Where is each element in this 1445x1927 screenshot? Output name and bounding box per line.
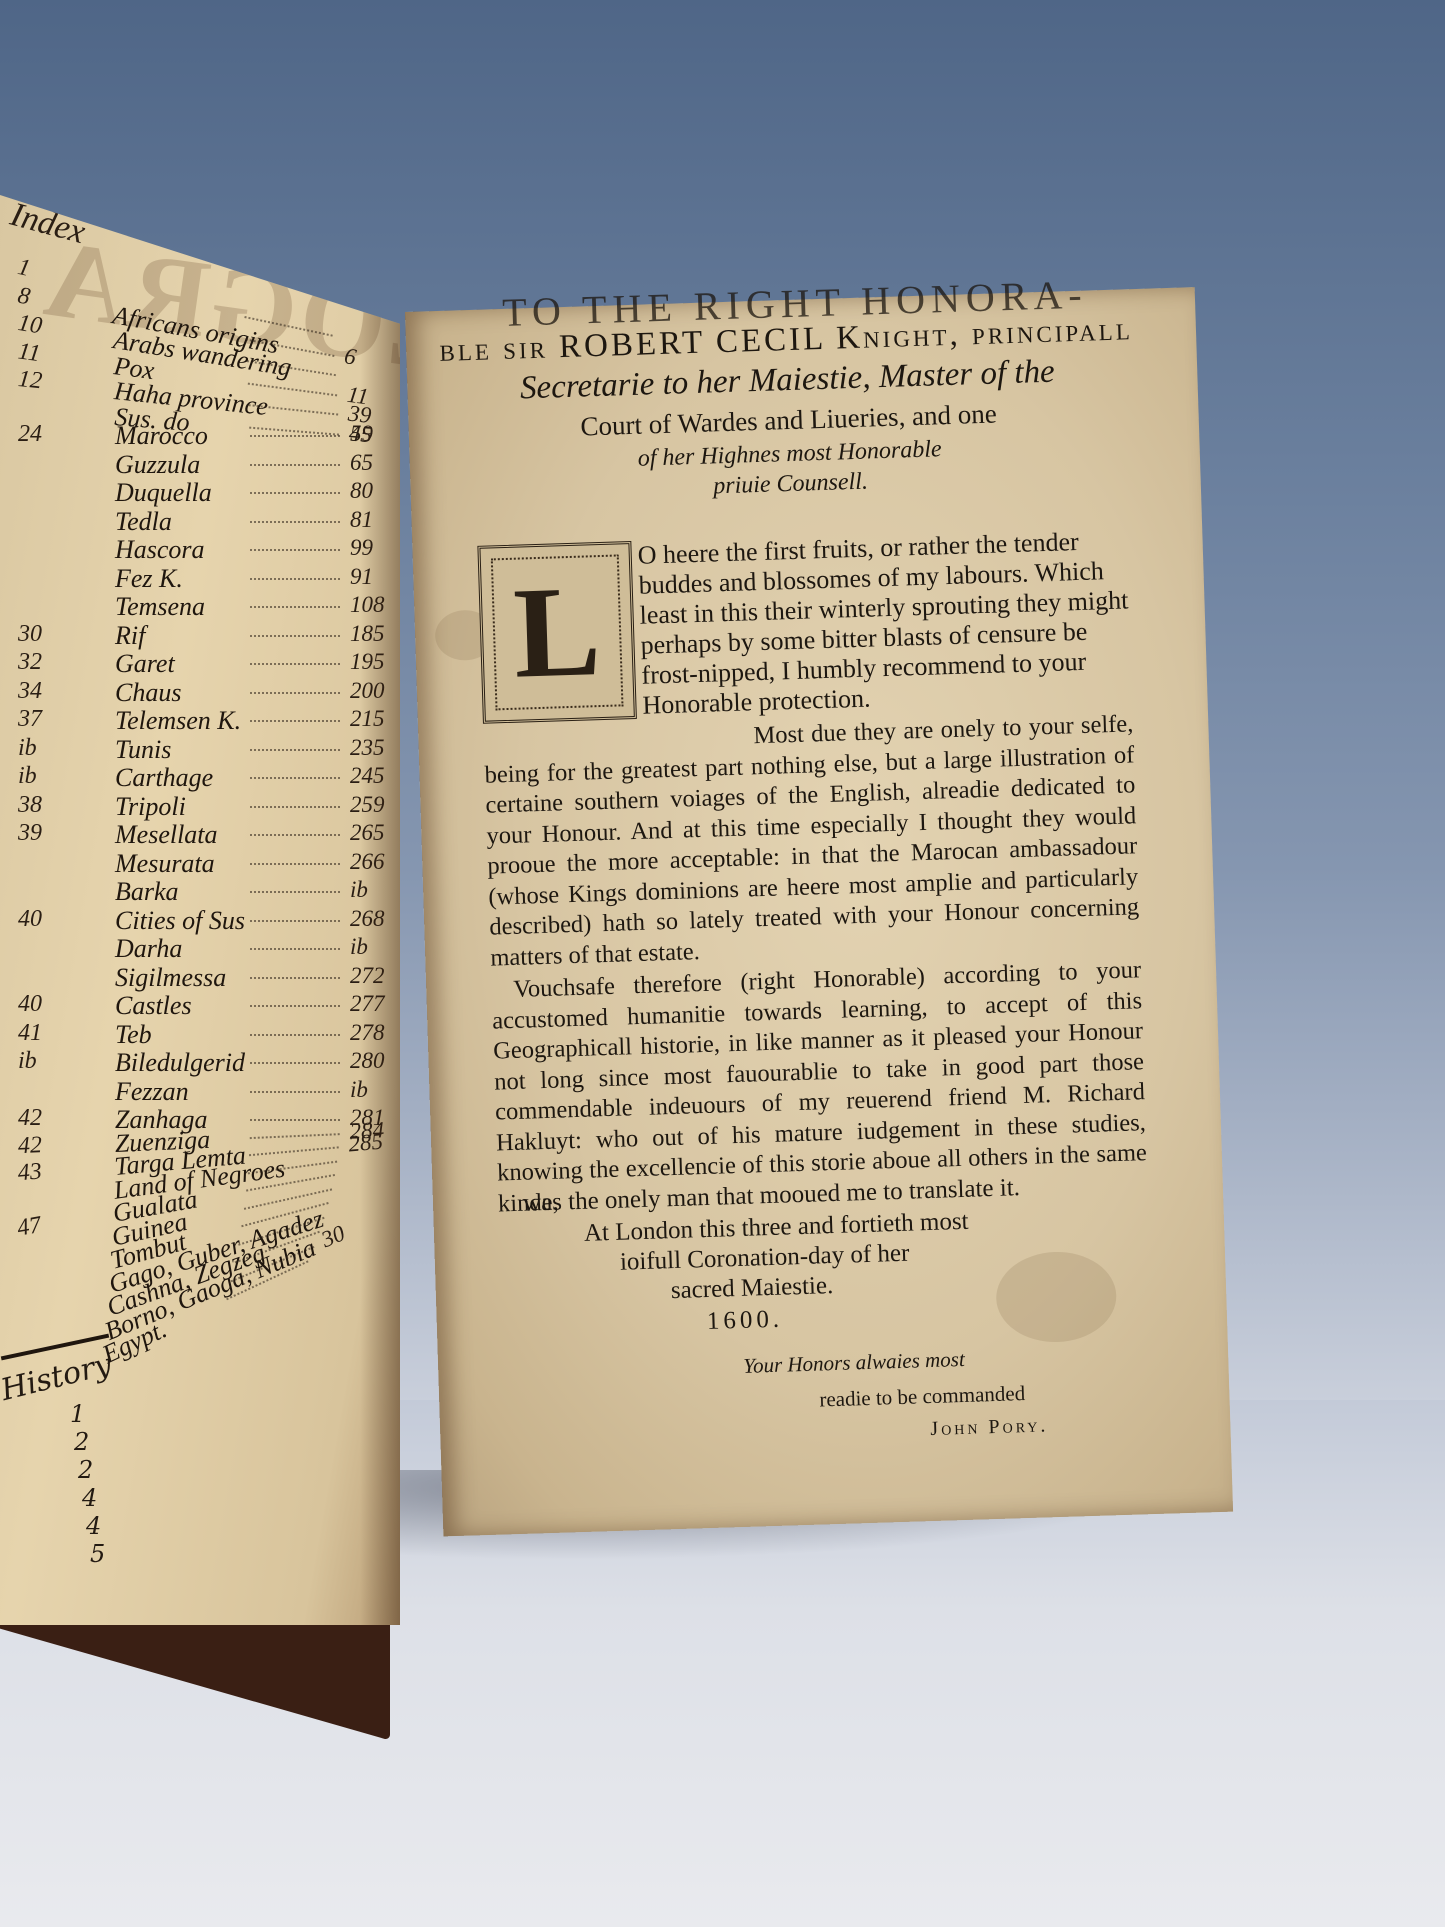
- index-place-name: Duquella: [115, 478, 212, 508]
- leader-dots: [250, 720, 340, 722]
- index-place-name: Tunis: [115, 735, 171, 765]
- index-place-name: Darha: [115, 934, 182, 964]
- index-entry: Tedla81: [0, 507, 400, 537]
- index-ref-number: 40: [18, 991, 42, 1018]
- index-place-name: Barka: [115, 877, 179, 907]
- leader-dots: [250, 578, 340, 580]
- index-entry: ibBiledulgerid280: [0, 1048, 400, 1078]
- leader-dots: [250, 749, 340, 751]
- index-ref-number: 12: [17, 366, 44, 395]
- decorated-initial-letter: L: [477, 541, 637, 724]
- leader-dots: [250, 834, 340, 836]
- leader-dots: [250, 1062, 340, 1064]
- index-entry: Mesurata266: [0, 849, 400, 879]
- index-entry: 30Rif185: [0, 621, 400, 651]
- index-ref-number: 10: [16, 310, 44, 340]
- index-ref-number: 32: [18, 649, 42, 676]
- right-page-dedication: TO THE RIGHT HONORA- ble sir ROBERT CECI…: [405, 287, 1233, 1536]
- index-ref-number: ib: [18, 1048, 37, 1075]
- index-entry: 37Telemsen K.215: [0, 706, 400, 736]
- index-ref-number: 37: [18, 706, 42, 733]
- leader-dots: [250, 1091, 340, 1093]
- index-entry: Guzzula65: [0, 450, 400, 480]
- leader-dots: [250, 863, 340, 865]
- index-ref-number: 8: [16, 282, 33, 311]
- index-place-name: Carthage: [115, 763, 213, 793]
- index-ref-number: 38: [18, 792, 42, 819]
- index-place-name: Tedla: [115, 507, 172, 537]
- index-entry: 24Marocco59: [0, 421, 400, 451]
- index-place-name: Telemsen K.: [115, 706, 241, 736]
- paragraph-2: Most due they are onely to your selfe, b…: [483, 709, 1140, 973]
- index-ref-number: 30: [18, 621, 42, 648]
- leader-dots: [250, 692, 340, 694]
- index-place-name: Temsena: [115, 592, 205, 622]
- index-place-name: Mesurata: [115, 849, 215, 879]
- index-ref-number: 43: [17, 1158, 43, 1187]
- index-place-name: Garet: [115, 649, 175, 679]
- index-ref-number: ib: [18, 735, 37, 762]
- leader-dots: [250, 1034, 340, 1036]
- leader-dots: [250, 492, 340, 494]
- index-entry: Sigilmessa272: [0, 963, 400, 993]
- index-ref-number: 1: [15, 254, 32, 283]
- index-place-name: Guzzula: [115, 450, 200, 480]
- leader-dots: [250, 663, 340, 665]
- index-entry: 38Tripoli259: [0, 792, 400, 822]
- index-entry: Fez K.91: [0, 564, 400, 594]
- index-entry: 34Chaus200: [0, 678, 400, 708]
- signoff-line-2: readie to be commanded: [819, 1381, 1026, 1412]
- drop-cap-letter: L: [511, 556, 602, 709]
- index-place-name: Tripoli: [115, 792, 186, 822]
- history-ref-number: 2: [78, 1456, 93, 1484]
- leader-dots: [250, 948, 340, 950]
- history-ref-number: 5: [90, 1540, 105, 1568]
- history-ref-number: 4: [86, 1512, 101, 1540]
- leader-dots: [250, 521, 340, 523]
- index-place-name: Mesellata: [115, 820, 218, 850]
- index-entry: ibTunis235: [0, 735, 400, 765]
- index-place-name: Hascora: [115, 535, 205, 565]
- leader-dots: [250, 806, 340, 808]
- index-entry: Barkaib: [0, 877, 400, 907]
- leader-dots: [250, 606, 340, 608]
- index-ref-number: ib: [18, 763, 37, 790]
- index-place-name: Biledulgerid: [115, 1048, 245, 1078]
- leader-dots: [250, 977, 340, 979]
- paper-stain: [995, 1250, 1118, 1344]
- leader-dots: [250, 891, 340, 893]
- index-place-name: Rif: [115, 621, 145, 651]
- index-place-name: Sigilmessa: [115, 963, 226, 993]
- closing-line-4: sacred Maiestie.: [670, 1271, 833, 1306]
- gutter-shade: [360, 195, 400, 1625]
- index-ref-number: 42: [18, 1105, 42, 1132]
- leader-dots: [250, 777, 340, 779]
- index-entry: Fezzanib: [0, 1077, 400, 1107]
- leader-dots: [250, 920, 340, 922]
- leader-dots: [250, 435, 340, 437]
- index-header: Index: [6, 196, 89, 252]
- index-ref-number: 24: [18, 421, 42, 448]
- index-ref-number: 42: [17, 1132, 42, 1160]
- index-entry: Duquella80: [0, 478, 400, 508]
- index-place-name: Fez K.: [115, 564, 183, 594]
- index-entry: Darhaib: [0, 934, 400, 964]
- first-paragraph: O heere the first fruits, or rather the …: [637, 525, 1132, 720]
- leader-dots: [250, 464, 340, 466]
- index-entry: Hascora99: [0, 535, 400, 565]
- index-place-name: Fezzan: [115, 1077, 189, 1107]
- index-ref-number: 34: [18, 678, 42, 705]
- index-place-name: Chaus: [115, 678, 181, 708]
- index-place-name: Marocco: [115, 421, 208, 451]
- index-entry: 41Teb278: [0, 1020, 400, 1050]
- left-page-handwritten-index: AGEOGRA Index 18Africans origins610Arabs…: [0, 195, 400, 1625]
- history-ref-number: 2: [74, 1428, 89, 1456]
- leader-dots: [250, 635, 340, 637]
- index-ref-number: 41: [18, 1020, 42, 1047]
- index-ref-number: 40: [18, 906, 42, 933]
- index-ref-number: 39: [18, 820, 42, 847]
- index-entry: 32Garet195: [0, 649, 400, 679]
- index-place-name: Castles: [115, 991, 192, 1021]
- date-1600: 1600.: [706, 1305, 783, 1337]
- signature-john-pory: John Pory.: [930, 1414, 1049, 1441]
- index-entry: Temsena108: [0, 592, 400, 622]
- index-entry: 40Cities of Sus268: [0, 906, 400, 936]
- index-place-name: Teb: [115, 1020, 152, 1050]
- index-entry: 40Castles277: [0, 991, 400, 1021]
- index-entry: ibCarthage245: [0, 763, 400, 793]
- index-entry: 39Mesellata265: [0, 820, 400, 850]
- index-ref-number: 11: [16, 338, 42, 368]
- history-ref-number: 1: [70, 1400, 85, 1428]
- history-ref-number: 4: [82, 1484, 97, 1512]
- signoff-line-1: Your Honors alwaies most: [743, 1347, 965, 1379]
- index-place-name: Cities of Sus: [115, 906, 245, 936]
- leader-dots: [250, 1005, 340, 1007]
- leader-dots: [250, 549, 340, 551]
